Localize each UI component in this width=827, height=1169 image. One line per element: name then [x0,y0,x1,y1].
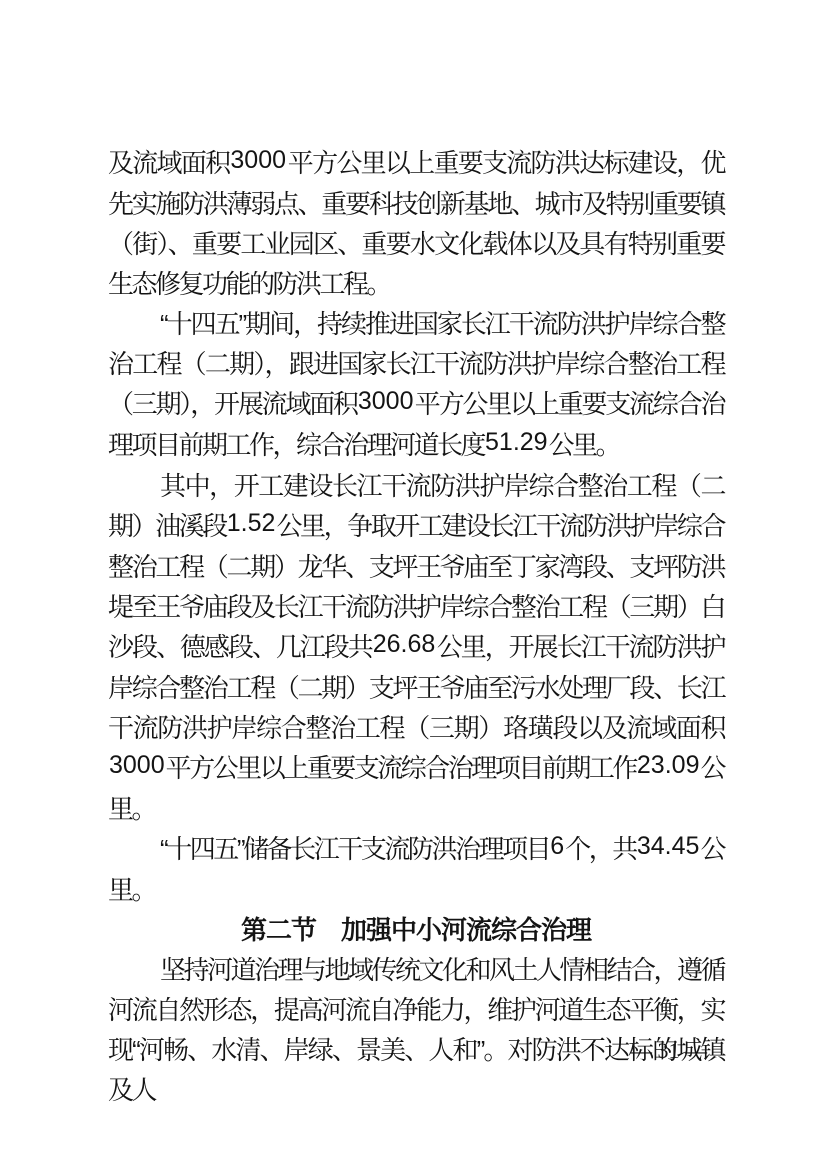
body-paragraph: 其中，开工建设长江干流防洪护岸综合整治工程（二期）油溪段1.52公里，争取开工建… [108,466,724,829]
numeric-value: 6 [549,832,565,860]
page-number: — 31 — [630,1038,707,1064]
document-body: 及流域面积3000平方公里以上重要支流防洪达标建设，优先实施防洪薄弱点、重要科技… [108,143,724,1110]
text-run: 及流域面积 [108,148,229,178]
numeric-value: 3000 [108,751,166,779]
text-run: “十四五”储备长江干支流防洪治理项目 [160,834,549,864]
numeric-value: 1.52 [226,509,277,537]
numeric-value: 51.29 [484,428,549,456]
numeric-value: 3000 [229,146,287,174]
section-heading: 第二节 加强中小河流综合治理 [108,910,724,950]
body-paragraph: “十四五”储备长江干支流防洪治理项目6个，共34.45公里。 [108,829,724,910]
numeric-value: 3000 [357,387,415,415]
body-paragraph: 坚持河道治理与地域传统文化和风土人情相结合，遵循河流自然形态，提高河流自净能力，… [108,950,724,1110]
text-run: 坚持河道治理与地域传统文化和风土人情相结合，遵循河流自然形态，提高河流自净能力，… [108,955,724,1105]
numeric-value: 34.45 [636,832,701,860]
text-run: 个，共 [565,834,636,864]
document-page: 及流域面积3000平方公里以上重要支流防洪达标建设，优先实施防洪薄弱点、重要科技… [0,0,827,1169]
numeric-value: 23.09 [636,751,701,779]
numeric-value: 26.68 [372,630,437,658]
body-paragraph: 及流域面积3000平方公里以上重要支流防洪达标建设，优先实施防洪薄弱点、重要科技… [108,143,724,304]
text-run: 平方公里以上重要支流综合治理项目前期工作 [166,753,636,783]
body-paragraph: “十四五”期间，持续推进国家长江干流防洪护岸综合整治工程（二期），跟进国家长江干… [108,304,724,466]
text-run: 公里。 [549,430,620,460]
